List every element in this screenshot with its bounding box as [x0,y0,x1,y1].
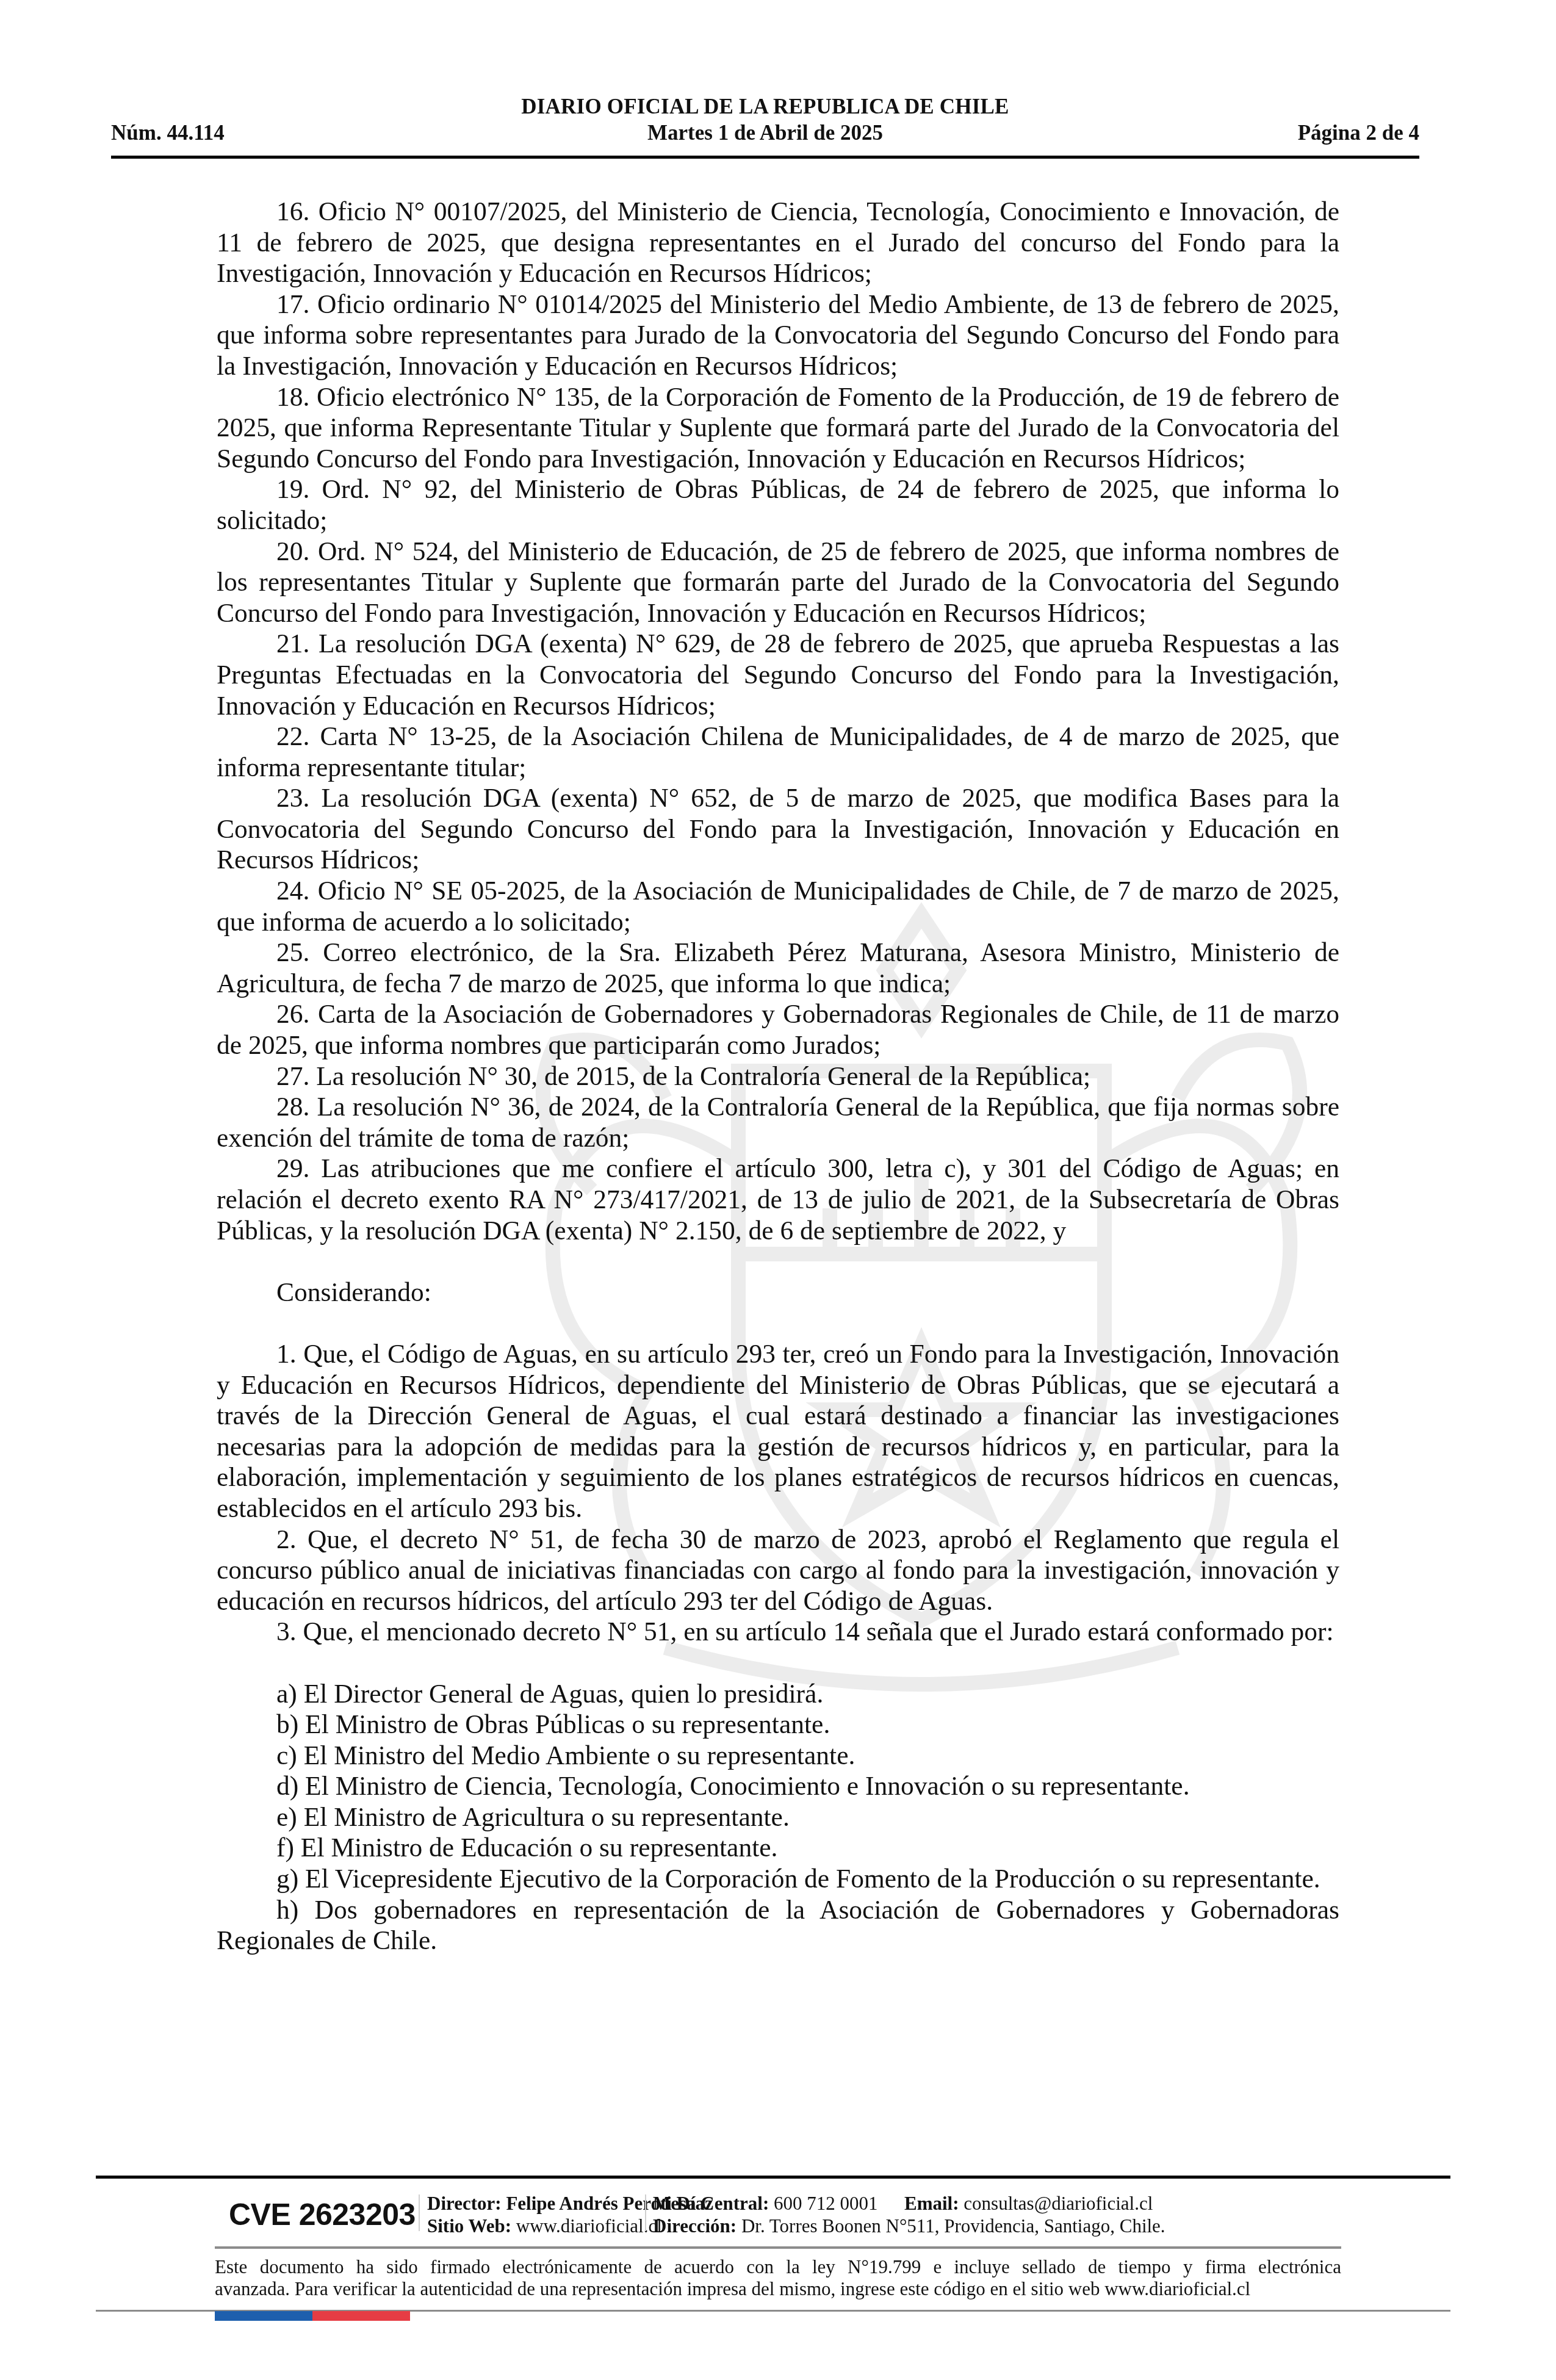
email-link[interactable]: consultas@diarioficial.cl [963,2193,1153,2214]
chile-flag-stripe [215,2311,410,2321]
vistos-item-20: 20. Ord. N° 524, del Ministerio de Educa… [217,536,1339,629]
jurado-list: a) El Director General de Aguas, quien l… [217,1679,1339,1956]
vistos-item-18: 18. Oficio electrónico N° 135, de la Cor… [217,382,1339,475]
vistos-item-24: 24. Oficio N° SE 05-2025, de la Asociaci… [217,876,1339,937]
vistos-item-22: 22. Carta N° 13-25, de la Asociación Chi… [217,721,1339,783]
considerando-item-1: 1. Que, el Código de Aguas, en su artícu… [217,1339,1339,1524]
legal-note: Este documento ha sido firmado electróni… [215,2256,1341,2300]
jurado-item-c: c) El Ministro del Medio Ambiente o su r… [217,1740,1339,1772]
vistos-item-23: 23. La resolución DGA (exenta) N° 652, d… [217,783,1339,876]
website-label: Sitio Web: [427,2215,511,2237]
jurado-item-g: g) El Vicepresidente Ejecutivo de la Cor… [217,1864,1339,1895]
header-divider [111,156,1419,159]
vistos-item-19: 19. Ord. N° 92, del Ministerio de Obras … [217,474,1339,536]
considerando-heading: Considerando: [217,1277,1339,1308]
address-value: Dr. Torres Boonen N°511, Providencia, Sa… [741,2215,1165,2237]
jurado-item-d: d) El Ministro de Ciencia, Tecnología, C… [217,1771,1339,1802]
spacer [217,1648,1339,1679]
document-body: 16. Oficio N° 00107/2025, del Ministerio… [217,197,1339,1956]
phone-number: 600 712 0001 [774,2193,878,2214]
cve-code: CVE 2623203 [229,2197,416,2232]
newspaper-title: DIARIO OFICIAL DE LA REPUBLICA DE CHILE [111,95,1419,119]
considerando-item-2: 2. Que, el decreto N° 51, de fecha 30 de… [217,1524,1339,1617]
phone-label: Mesa Central: [653,2193,769,2214]
jurado-item-e: e) El Ministro de Agricultura o su repre… [217,1802,1339,1833]
footer-contact-column: Mesa Central: 600 712 0001 Email: consul… [653,2192,1165,2237]
legal-note-line-2: avanzada. Para verificar la autenticidad… [215,2278,1341,2300]
footer-divider-top [96,2176,1450,2179]
considerando-item-3: 3. Que, el mencionado decreto N° 51, en … [217,1617,1339,1648]
legal-note-line-1: Este documento ha sido firmado electróni… [215,2256,1341,2277]
vistos-item-16: 16. Oficio N° 00107/2025, del Ministerio… [217,197,1339,289]
vistos-section: 16. Oficio N° 00107/2025, del Ministerio… [217,197,1339,1246]
vistos-item-26: 26. Carta de la Asociación de Gobernador… [217,999,1339,1061]
address-label: Dirección: [653,2215,737,2237]
address-line: Dirección: Dr. Torres Boonen N°511, Prov… [653,2215,1165,2237]
considerando-section: 1. Que, el Código de Aguas, en su artícu… [217,1339,1339,1648]
issue-date: Martes 1 de Abril de 2025 [111,121,1419,145]
footer-separator [419,2194,420,2231]
flag-blue-segment [215,2311,312,2321]
vistos-item-27: 27. La resolución N° 30, de 2015, de la … [217,1061,1339,1092]
contact-line: Mesa Central: 600 712 0001 Email: consul… [653,2192,1165,2215]
footer-separator [645,2194,646,2231]
vistos-item-28: 28. La resolución N° 36, de 2024, de la … [217,1092,1339,1153]
vistos-item-29: 29. Las atribuciones que me confiere el … [217,1153,1339,1246]
vistos-item-21: 21. La resolución DGA (exenta) N° 629, d… [217,629,1339,721]
jurado-item-h: h) Dos gobernadores en representación de… [217,1895,1339,1956]
page-indicator: Página 2 de 4 [1298,121,1419,145]
website-link[interactable]: www.diarioficial.cl [516,2215,662,2237]
flag-red-segment [312,2311,410,2321]
email-label: Email: [904,2193,959,2214]
vistos-item-25: 25. Correo electrónico, de la Sra. Eliza… [217,937,1339,999]
footer-info: CVE 2623203 Director: Felipe Andrés Pero… [201,2192,1361,2253]
jurado-item-f: f) El Ministro de Educación o su represe… [217,1833,1339,1864]
page-header: DIARIO OFICIAL DE LA REPUBLICA DE CHILE … [111,92,1419,159]
footer-divider-mid [215,2246,1341,2249]
jurado-item-a: a) El Director General de Aguas, quien l… [217,1679,1339,1710]
jurado-item-b: b) El Ministro de Obras Públicas o su re… [217,1709,1339,1740]
vistos-item-17: 17. Oficio ordinario N° 01014/2025 del M… [217,289,1339,382]
director-label: Director: [427,2193,502,2214]
